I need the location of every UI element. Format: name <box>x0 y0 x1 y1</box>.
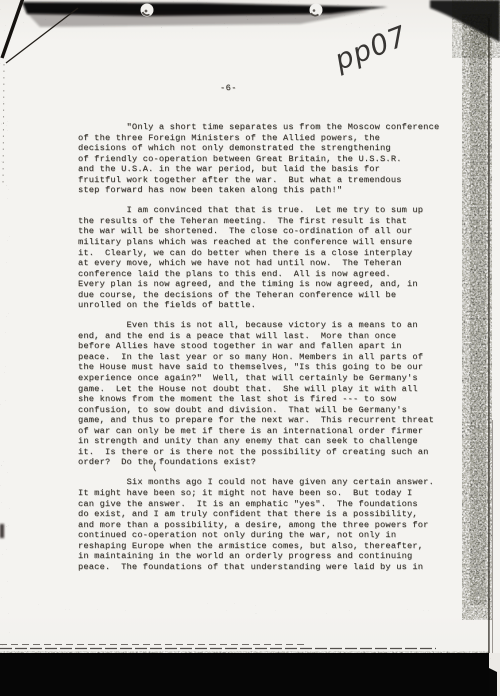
top-scan-band <box>20 0 398 30</box>
punch-hole-left <box>141 4 154 17</box>
paragraph-victory-peace: Even this is not all, because victory is… <box>78 320 458 468</box>
paragraph-moscow-quote: "Only a short time separates us from the… <box>78 122 458 196</box>
paragraph-teheran-results: I am convinced that that is true. Let me… <box>78 205 458 310</box>
top-right-speckle <box>452 0 500 58</box>
document-text: "Only a short time separates us from the… <box>78 122 458 582</box>
lower-noise-band <box>25 596 460 620</box>
left-edge-speckle <box>0 0 10 696</box>
punch-hole-right <box>310 4 323 17</box>
stray-typewriter-mark: ( <box>152 462 157 472</box>
scanned-document-page: pp07 -6- "Only a short time separates us… <box>0 0 500 696</box>
right-edge-scan-band <box>462 14 493 655</box>
bottom-scan-band <box>0 645 500 696</box>
paragraph-six-months-answer: Six months ago I could not have given an… <box>78 477 458 572</box>
page-number: -6- <box>220 83 237 93</box>
left-margin-blob <box>0 524 4 538</box>
